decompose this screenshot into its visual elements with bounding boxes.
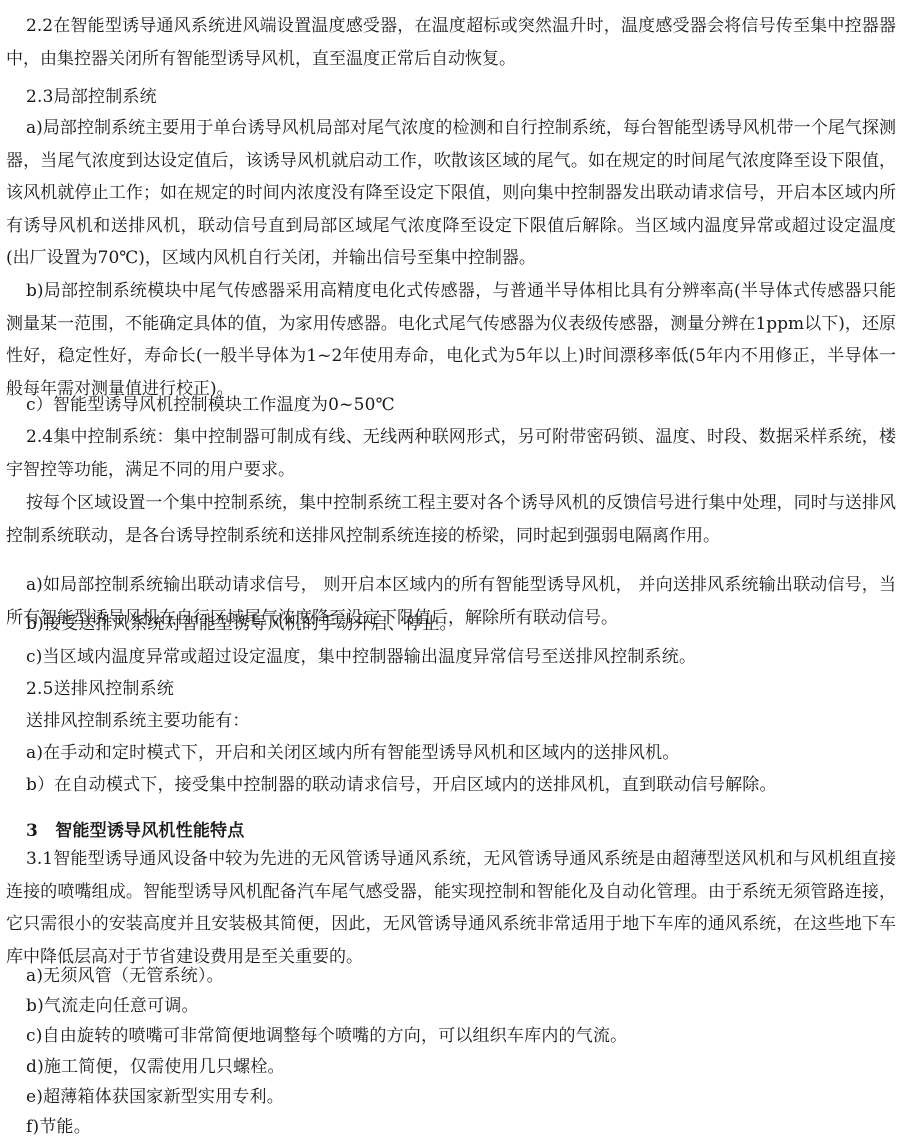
feature-item-c: c)自由旋转的喷嘴可非常简便地调整每个喷嘴的方向，可以组织车库内的气流。	[26, 1024, 627, 1048]
section-2-3-title: 2.3局部控制系统	[26, 85, 157, 109]
paragraph-2-3-b: b)局部控制系统模块中尾气传感器采用高精度电化式传感器，与普通半导体相比具有分辨…	[6, 275, 896, 405]
feature-item-b: b)气流走向任意可调。	[26, 994, 199, 1018]
paragraph-2-3-a: a)局部控制系统主要用于单台诱导风机局部对尾气浓度的检测和自行控制系统，每台智能…	[6, 112, 896, 275]
paragraph-2-2: 2.2在智能型诱导通风系统进风端设置温度感受器，在温度超标或突然温升时，温度感受…	[6, 10, 896, 75]
paragraph-2-4-central: 按每个区域设置一个集中控制系统，集中控制系统工程主要对各个诱导风机的反馈信号进行…	[6, 487, 896, 552]
paragraph-2-4-b: b)接受送排风系统对智能型诱导风机的手动开启、停止。	[26, 612, 457, 636]
feature-item-d: d)施工简便，仅需使用几只螺栓。	[26, 1055, 285, 1079]
paragraph-2-5-b: b）在自动模式下，接受集中控制器的联动请求信号，开启区域内的送排风机，直到联动信…	[26, 773, 777, 797]
paragraph-2-4: 2.4集中控制系统：集中控制器可制成有线、无线两种联网形式，另可附带密码锁、温度…	[6, 421, 896, 486]
paragraph-2-3-c: c）智能型诱导风机控制模块工作温度为0~50℃	[26, 393, 395, 417]
feature-item-a: a)无须风管（无管系统）。	[26, 964, 224, 988]
document-page: 2.2在智能型诱导通风系统进风端设置温度感受器，在温度超标或突然温升时，温度感受…	[0, 0, 908, 1143]
feature-item-f: f)节能。	[26, 1115, 91, 1139]
paragraph-2-5-a: a)在手动和定时模式下，开启和关闭区域内所有智能型诱导风机和区域内的送排风机。	[26, 741, 680, 765]
section-2-5-title: 2.5送排风控制系统	[26, 677, 174, 701]
section-3-heading: 3 智能型诱导风机性能特点	[26, 819, 244, 843]
paragraph-3-1: 3.1智能型诱导通风设备中较为先进的无风管诱导通风系统，无风管诱导通风系统是由超…	[6, 843, 896, 973]
paragraph-2-4-c: c)当区域内温度异常或超过设定温度，集中控制器输出温度异常信号至送排风控制系统。	[26, 645, 696, 669]
paragraph-2-5-intro: 送排风控制系统主要功能有：	[26, 709, 250, 733]
feature-item-e: e)超薄箱体获国家新型实用专利。	[26, 1085, 284, 1109]
